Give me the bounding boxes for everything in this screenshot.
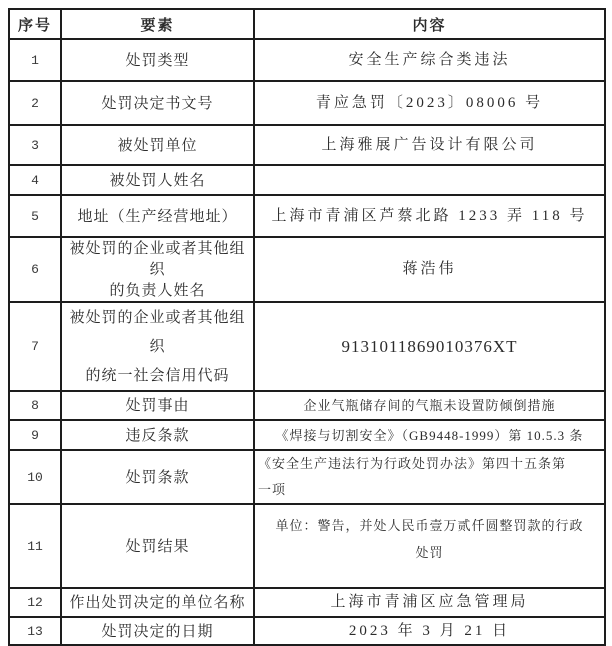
table-row: 2 处罚决定书文号 青应急罚〔2023〕08006 号 <box>9 81 605 125</box>
row-10-number: 10 <box>9 450 61 504</box>
table-row: 4 被处罚人姓名 <box>9 165 605 195</box>
row-7-content: 9131011869010376XT <box>254 302 605 391</box>
row-8-element: 处罚事由 <box>61 391 254 420</box>
row-8-content: 企业气瓶储存间的气瓶未设置防倾倒措施 <box>254 391 605 420</box>
row-12-element: 作出处罚决定的单位名称 <box>61 588 254 617</box>
column-header-no: 序号 <box>9 9 61 39</box>
row-9-number: 9 <box>9 420 61 450</box>
row-11-content: 单位：警告，并处人民币壹万贰仟圆整罚款的行政 处罚 <box>254 504 605 588</box>
row-9-element: 违反条款 <box>61 420 254 450</box>
row-8-number: 8 <box>9 391 61 420</box>
column-header-element: 要素 <box>61 9 254 39</box>
row-7-element: 被处罚的企业或者其他组织 的统一社会信用代码 <box>61 302 254 391</box>
table-row: 3 被处罚单位 上海雅展广告设计有限公司 <box>9 125 605 165</box>
row-5-content: 上海市青浦区芦蔡北路 1233 弄 118 号 <box>254 195 605 237</box>
row-3-content: 上海雅展广告设计有限公司 <box>254 125 605 165</box>
table-row: 1 处罚类型 安全生产综合类违法 <box>9 39 605 81</box>
table-row: 9 违反条款 《焊接与切割安全》（GB9448-1999）第 10.5.3 条 <box>9 420 605 450</box>
row-11-number: 11 <box>9 504 61 588</box>
row-4-element: 被处罚人姓名 <box>61 165 254 195</box>
row-13-number: 13 <box>9 617 61 645</box>
row-6-content: 蒋浩伟 <box>254 237 605 302</box>
table-row: 10 处罚条款 《安全生产违法行为行政处罚办法》第四十五条第 一项 <box>9 450 605 504</box>
page: 序号 要素 内容 1 处罚类型 安全生产综合类违法 2 处罚决定书文号 青应急罚… <box>0 0 612 646</box>
row-10-element: 处罚条款 <box>61 450 254 504</box>
table-row: 6 被处罚的企业或者其他组织 的负责人姓名 蒋浩伟 <box>9 237 605 302</box>
row-4-content <box>254 165 605 195</box>
table-row: 12 作出处罚决定的单位名称 上海市青浦区应急管理局 <box>9 588 605 617</box>
row-9-content: 《焊接与切割安全》（GB9448-1999）第 10.5.3 条 <box>254 420 605 450</box>
row-12-content: 上海市青浦区应急管理局 <box>254 588 605 617</box>
row-13-content: 2023 年 3 月 21 日 <box>254 617 605 645</box>
row-6-number: 6 <box>9 237 61 302</box>
column-header-content: 内容 <box>254 9 605 39</box>
row-13-element: 处罚决定的日期 <box>61 617 254 645</box>
row-3-element: 被处罚单位 <box>61 125 254 165</box>
row-11-element: 处罚结果 <box>61 504 254 588</box>
row-3-number: 3 <box>9 125 61 165</box>
row-12-number: 12 <box>9 588 61 617</box>
row-6-element: 被处罚的企业或者其他组织 的负责人姓名 <box>61 237 254 302</box>
row-7-number: 7 <box>9 302 61 391</box>
row-2-element: 处罚决定书文号 <box>61 81 254 125</box>
table-row: 8 处罚事由 企业气瓶储存间的气瓶未设置防倾倒措施 <box>9 391 605 420</box>
table-row: 7 被处罚的企业或者其他组织 的统一社会信用代码 913101186901037… <box>9 302 605 391</box>
row-5-number: 5 <box>9 195 61 237</box>
row-10-content: 《安全生产违法行为行政处罚办法》第四十五条第 一项 <box>254 450 605 504</box>
table-row: 5 地址（生产经营地址） 上海市青浦区芦蔡北路 1233 弄 118 号 <box>9 195 605 237</box>
table-header-row: 序号 要素 内容 <box>9 9 605 39</box>
table-row: 13 处罚决定的日期 2023 年 3 月 21 日 <box>9 617 605 645</box>
row-1-content: 安全生产综合类违法 <box>254 39 605 81</box>
penalty-table: 序号 要素 内容 1 处罚类型 安全生产综合类违法 2 处罚决定书文号 青应急罚… <box>8 8 606 646</box>
row-1-number: 1 <box>9 39 61 81</box>
row-4-number: 4 <box>9 165 61 195</box>
row-2-content: 青应急罚〔2023〕08006 号 <box>254 81 605 125</box>
table-row: 11 处罚结果 单位：警告，并处人民币壹万贰仟圆整罚款的行政 处罚 <box>9 504 605 588</box>
row-2-number: 2 <box>9 81 61 125</box>
row-1-element: 处罚类型 <box>61 39 254 81</box>
row-5-element: 地址（生产经营地址） <box>61 195 254 237</box>
